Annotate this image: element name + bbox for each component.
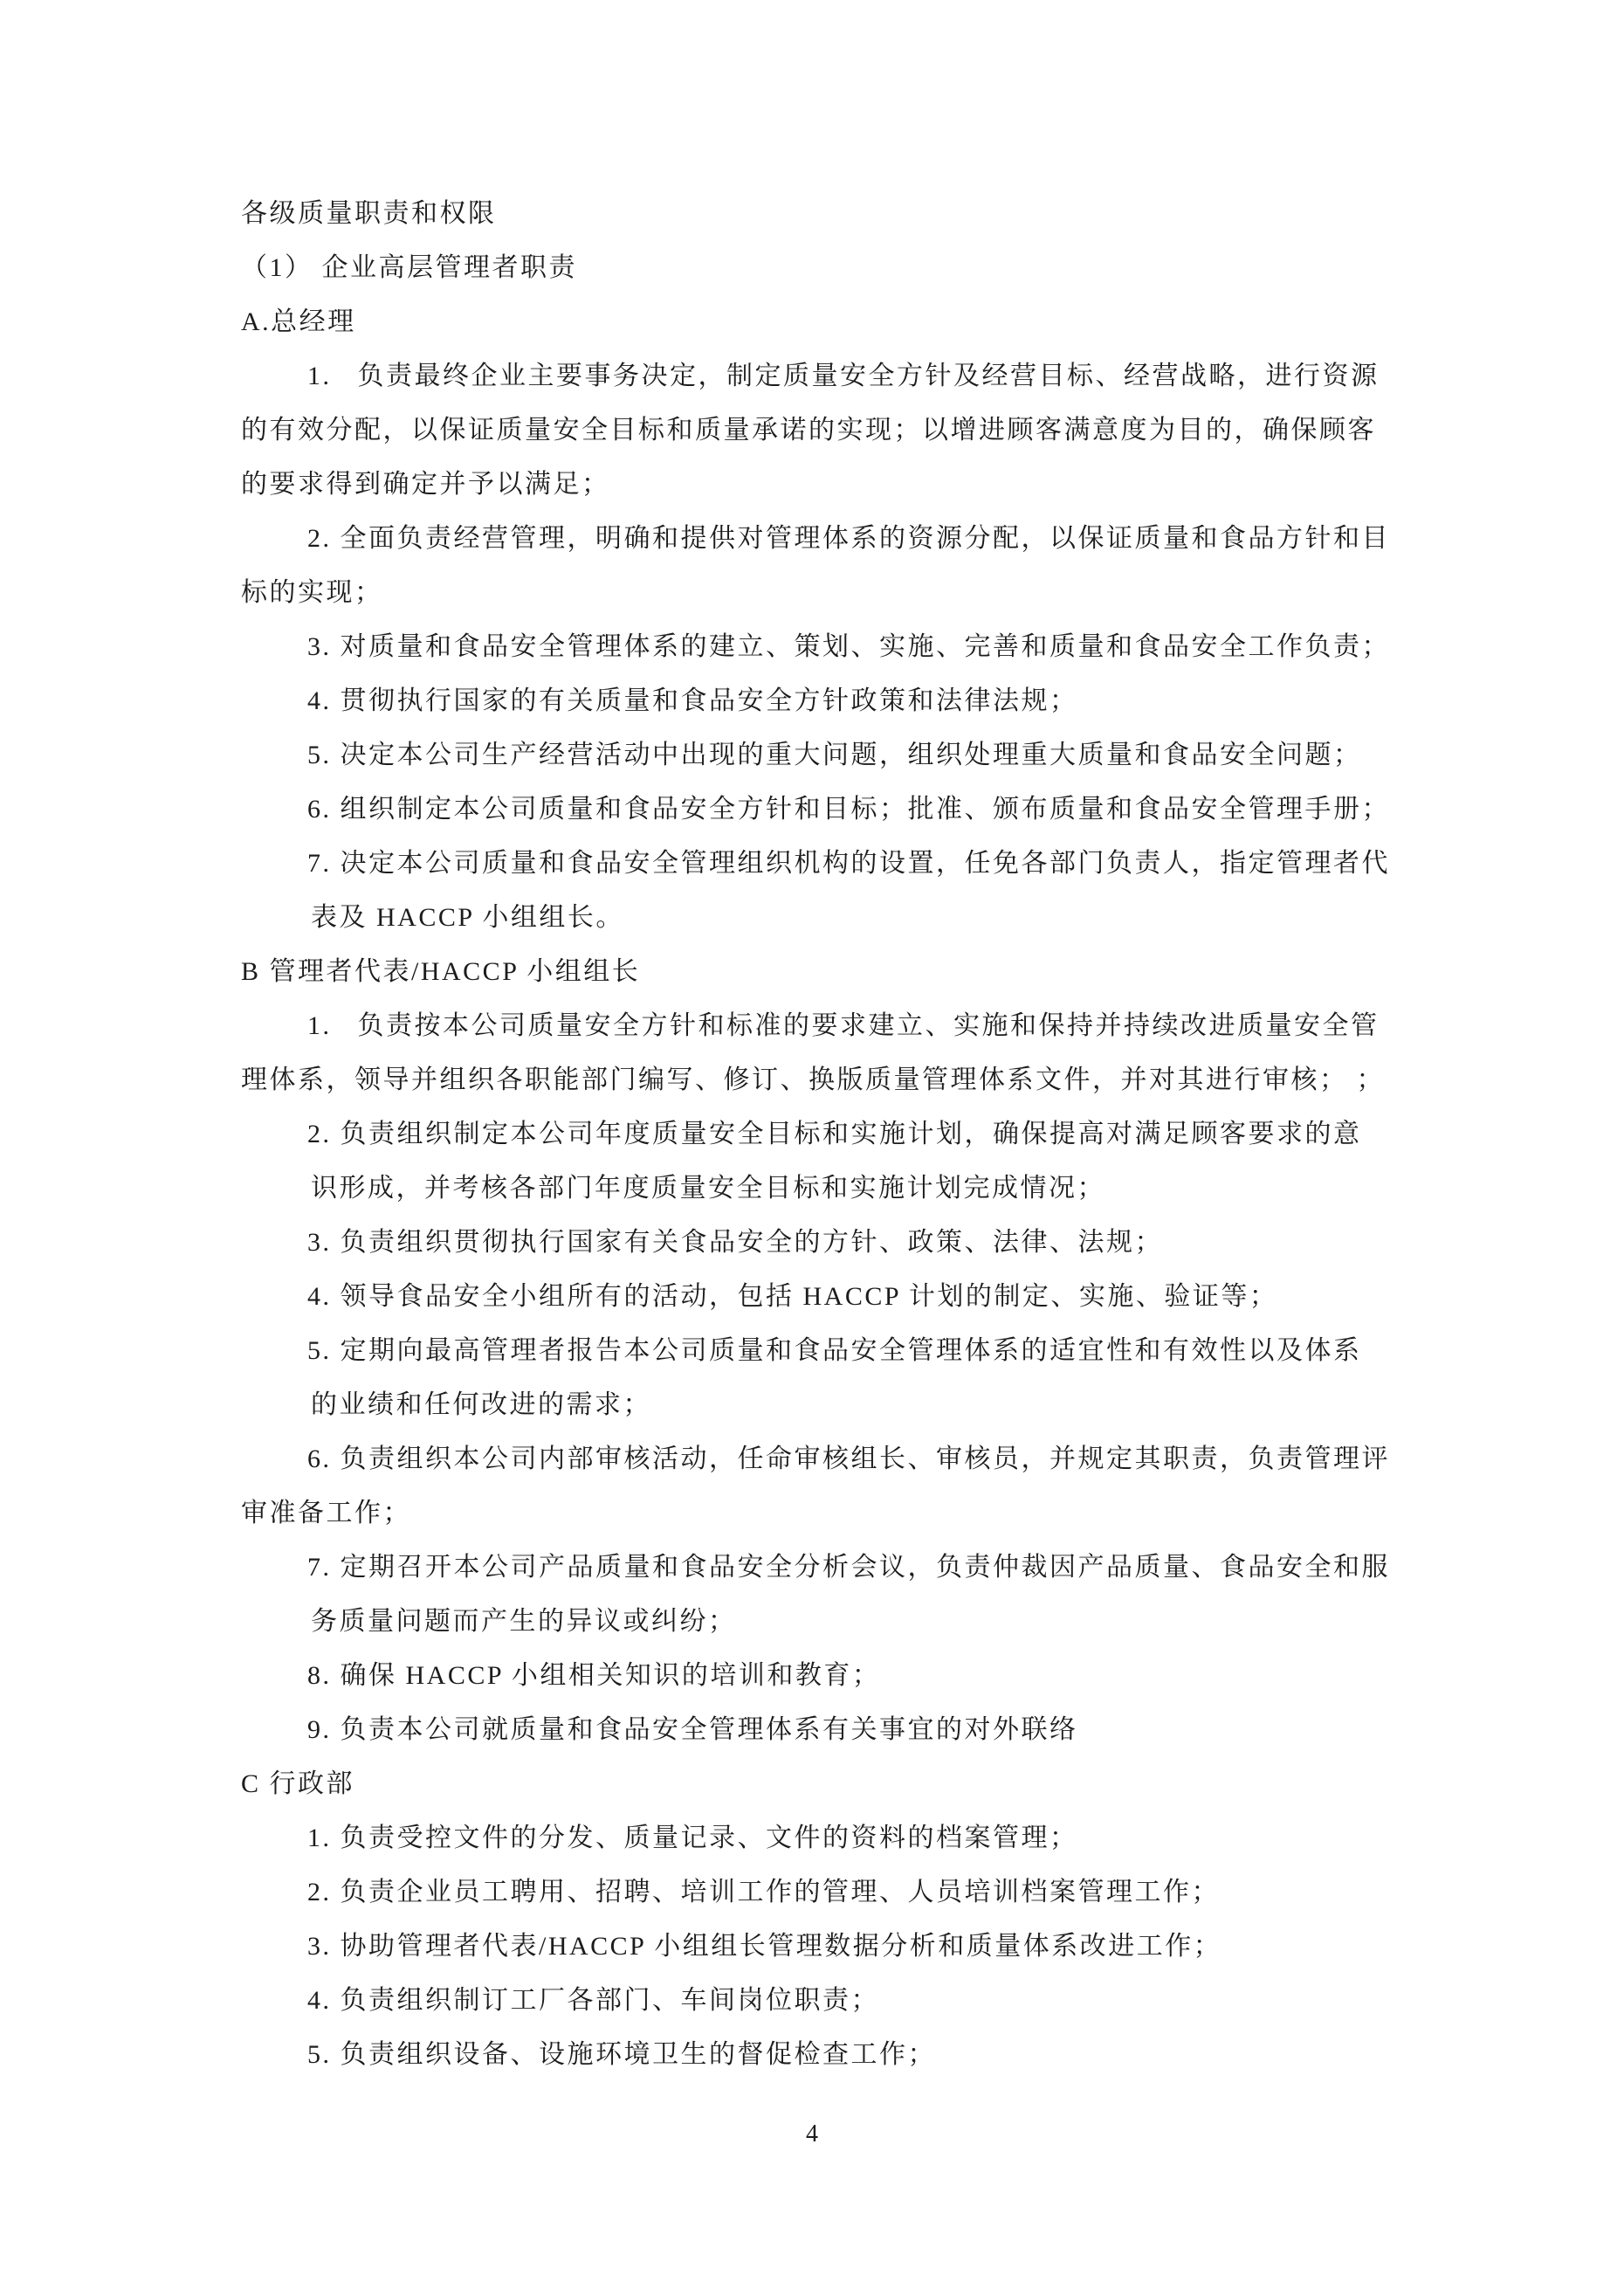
text-line: 识形成，并考核各部门年度质量安全目标和实施计划完成情况； [241,1162,1428,1216]
text-line: 4. 贯彻执行国家的有关质量和食品安全方针政策和法律法规； [241,674,1428,728]
document-body: 各级质量职责和权限（1） 企业高层管理者职责A.总经理1. 负责最终企业主要事务… [241,187,1428,2082]
text-line: 各级质量职责和权限 [241,187,1428,241]
text-line: 的有效分配，以保证质量安全目标和质量承诺的实现；以增进顾客满意度为目的，确保顾客 [241,403,1428,458]
text-line: 1. 负责最终企业主要事务决定，制定质量安全方针及经营目标、经营战略，进行资源 [241,349,1428,403]
text-line: 1. 负责按本公司质量安全方针和标准的要求建立、实施和保持并持续改进质量安全管 [241,999,1428,1053]
page-number: 4 [0,2117,1624,2152]
text-line: 8. 确保 HACCP 小组相关知识的培训和教育； [241,1649,1428,1703]
text-line: 标的实现； [241,566,1428,620]
text-line: 3. 对质量和食品安全管理体系的建立、策划、实施、完善和质量和食品安全工作负责； [241,620,1428,674]
text-line: 的业绩和任何改进的需求； [241,1378,1428,1432]
text-line: 务质量问题而产生的异议或纠纷； [241,1595,1428,1649]
text-line: 表及 HACCP 小组组长。 [241,891,1428,945]
text-line: 5. 决定本公司生产经营活动中出现的重大问题，组织处理重大质量和食品安全问题； [241,728,1428,783]
text-line: C 行政部 [241,1757,1428,1811]
text-line: 6. 组织制定本公司质量和食品安全方针和目标；批准、颁布质量和食品安全管理手册； [241,783,1428,837]
text-line: A.总经理 [241,295,1428,349]
text-line: 2. 负责组织制定本公司年度质量安全目标和实施计划，确保提高对满足顾客要求的意 [241,1107,1428,1162]
text-line: 6. 负责组织本公司内部审核活动，任命审核组长、审核员，并规定其职责，负责管理评 [241,1432,1428,1486]
document-page: 各级质量职责和权限（1） 企业高层管理者职责A.总经理1. 负责最终企业主要事务… [0,0,1624,2296]
text-line: （1） 企业高层管理者职责 [241,241,1428,295]
text-line: 理体系，领导并组织各职能部门编写、修订、换版质量管理体系文件，并对其进行审核； … [241,1053,1428,1107]
text-line: 2. 全面负责经营管理，明确和提供对管理体系的资源分配，以保证质量和食品方针和目 [241,512,1428,566]
text-line: 的要求得到确定并予以满足； [241,458,1428,512]
text-line: 4. 负责组织制订工厂各部门、车间岗位职责； [241,1974,1428,2028]
text-line: 3. 负责组织贯彻执行国家有关食品安全的方针、政策、法律、法规； [241,1216,1428,1270]
text-line: 4. 领导食品安全小组所有的活动，包括 HACCP 计划的制定、实施、验证等； [241,1270,1428,1324]
text-line: B 管理者代表/HACCP 小组组长 [241,945,1428,999]
text-line: 5. 负责组织设备、设施环境卫生的督促检查工作； [241,2028,1428,2082]
text-line: 1. 负责受控文件的分发、质量记录、文件的资料的档案管理； [241,1811,1428,1865]
text-line: 3. 协助管理者代表/HACCP 小组组长管理数据分析和质量体系改进工作； [241,1920,1428,1974]
text-line: 审准备工作； [241,1486,1428,1541]
text-line: 9. 负责本公司就质量和食品安全管理体系有关事宜的对外联络 [241,1703,1428,1757]
text-line: 2. 负责企业员工聘用、招聘、培训工作的管理、人员培训档案管理工作； [241,1865,1428,1920]
text-line: 5. 定期向最高管理者报告本公司质量和食品安全管理体系的适宜性和有效性以及体系 [241,1324,1428,1378]
text-line: 7. 决定本公司质量和食品安全管理组织机构的设置，任免各部门负责人，指定管理者代 [241,837,1428,891]
text-line: 7. 定期召开本公司产品质量和食品安全分析会议，负责仲裁因产品质量、食品安全和服 [241,1541,1428,1595]
